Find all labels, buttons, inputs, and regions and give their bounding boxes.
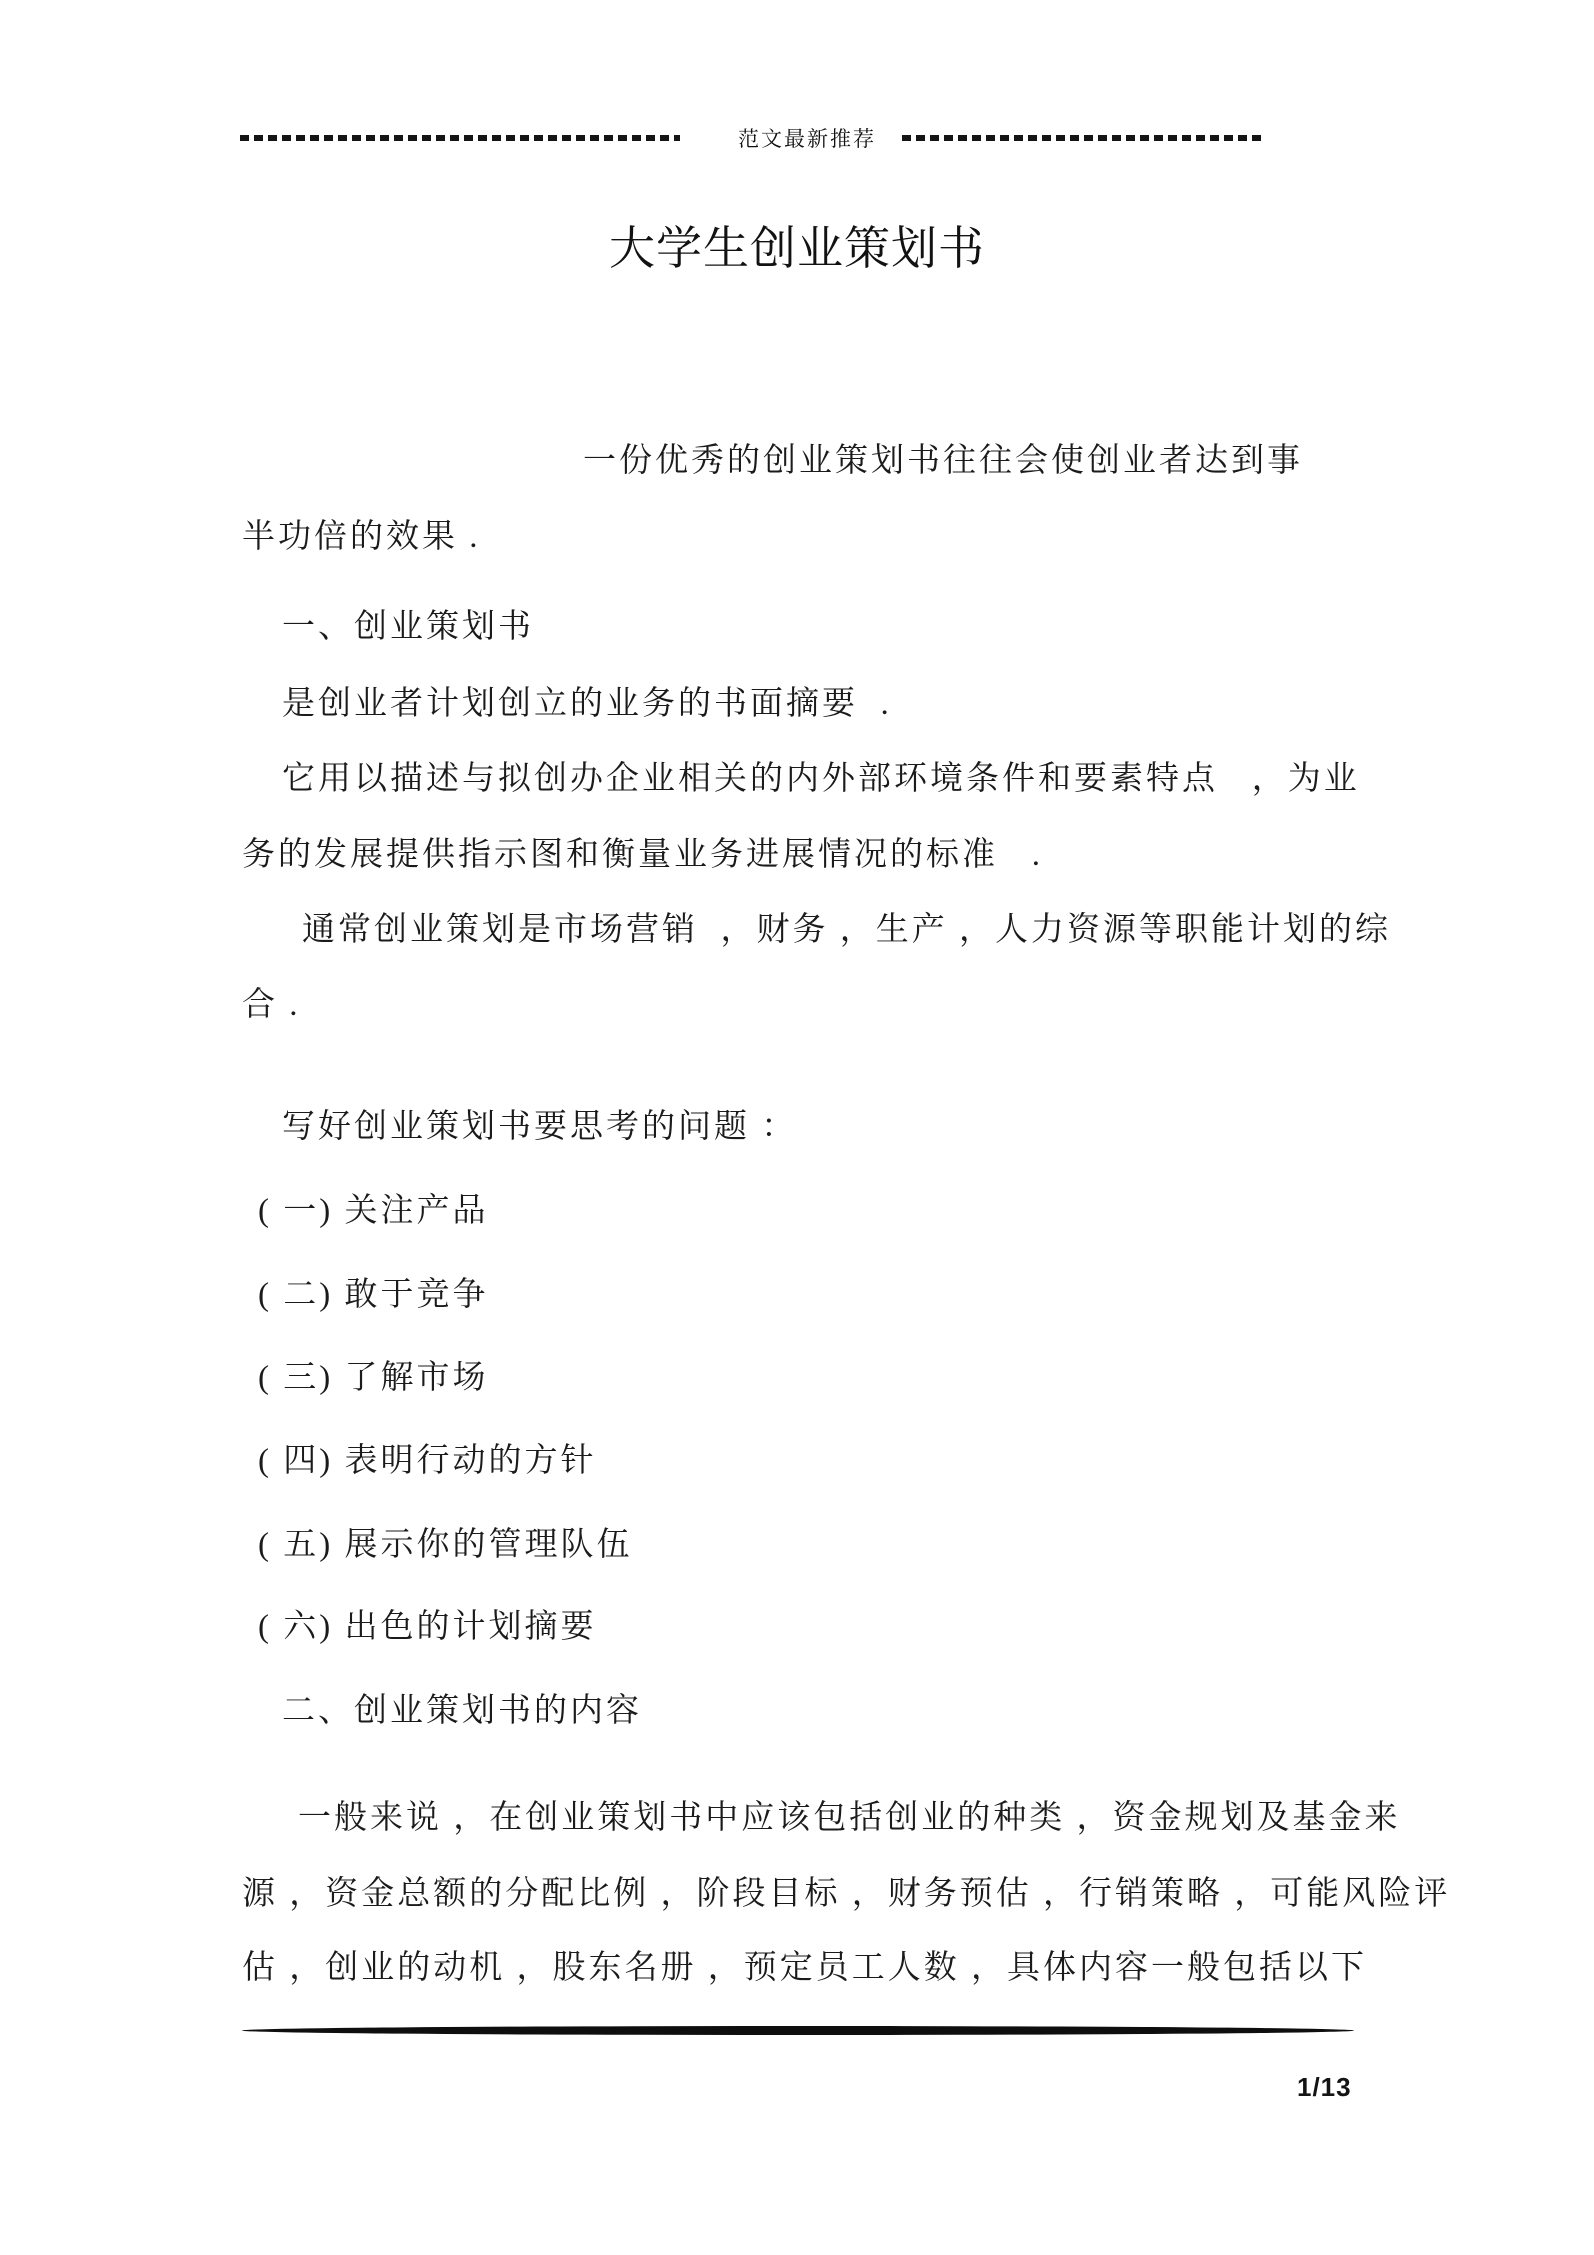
document-page: 范文最新推荐 大学生创业策划书 一份优秀的创业策划书往往会使创业者达到事 半功倍… <box>0 0 1594 2255</box>
page-number: 1/13 <box>1297 2072 1352 2103</box>
paragraph-line: 估 ，创业的动机 ，股东名册 ，预定员工人数 ，具体内容一般包括以下 <box>242 1947 1367 1989</box>
paragraph-line: 一份优秀的创业策划书往往会使创业者达到事 <box>583 440 1303 482</box>
section-heading-1: 一、创业策划书 <box>282 606 534 648</box>
paragraph-line: 务的发展提供指示图和衡量业务进展情况的标准 . <box>242 834 1043 876</box>
footer-rule <box>242 2026 1354 2035</box>
paragraph-line: 合 . <box>242 984 301 1026</box>
list-item: ( 四) 表明行动的方针 <box>258 1440 596 1482</box>
document-title: 大学生创业策划书 <box>0 212 1594 278</box>
page-header: 范文最新推荐 <box>240 124 1266 152</box>
section-heading-2: 二、创业策划书的内容 <box>282 1690 642 1732</box>
list-item: ( 一) 关注产品 <box>258 1190 488 1232</box>
header-rule-right <box>902 135 1266 141</box>
paragraph-line: 写好创业策划书要思考的问题 ： <box>282 1106 797 1148</box>
header-rule-left <box>240 135 680 141</box>
list-item: ( 六) 出色的计划摘要 <box>258 1606 596 1648</box>
paragraph-line: 半功倍的效果 . <box>242 516 481 558</box>
paragraph-line: 通常创业策划是市场营销 ，财务 ，生产 ，人力资源等职能计划的综 <box>302 909 1391 951</box>
list-item: ( 三) 了解市场 <box>258 1357 488 1399</box>
paragraph-line: 源 ，资金总额的分配比例 ，阶段目标 ，财务预估 ，行销策略 ，可能风险评 <box>242 1873 1450 1915</box>
paragraph-line: 它用以描述与拟创办企业相关的内外部环境条件和要素特点 ，为业 <box>282 758 1360 800</box>
paragraph-line: 一般来说 ，在创业策划书中应该包括创业的种类 ，资金规划及基金来 <box>298 1797 1401 1839</box>
paragraph-line: 是创业者计划创立的业务的书面摘要 . <box>282 683 892 725</box>
header-label: 范文最新推荐 <box>738 123 876 153</box>
list-item: ( 二) 敢于竞争 <box>258 1274 488 1316</box>
list-item: ( 五) 展示你的管理队伍 <box>258 1524 632 1566</box>
